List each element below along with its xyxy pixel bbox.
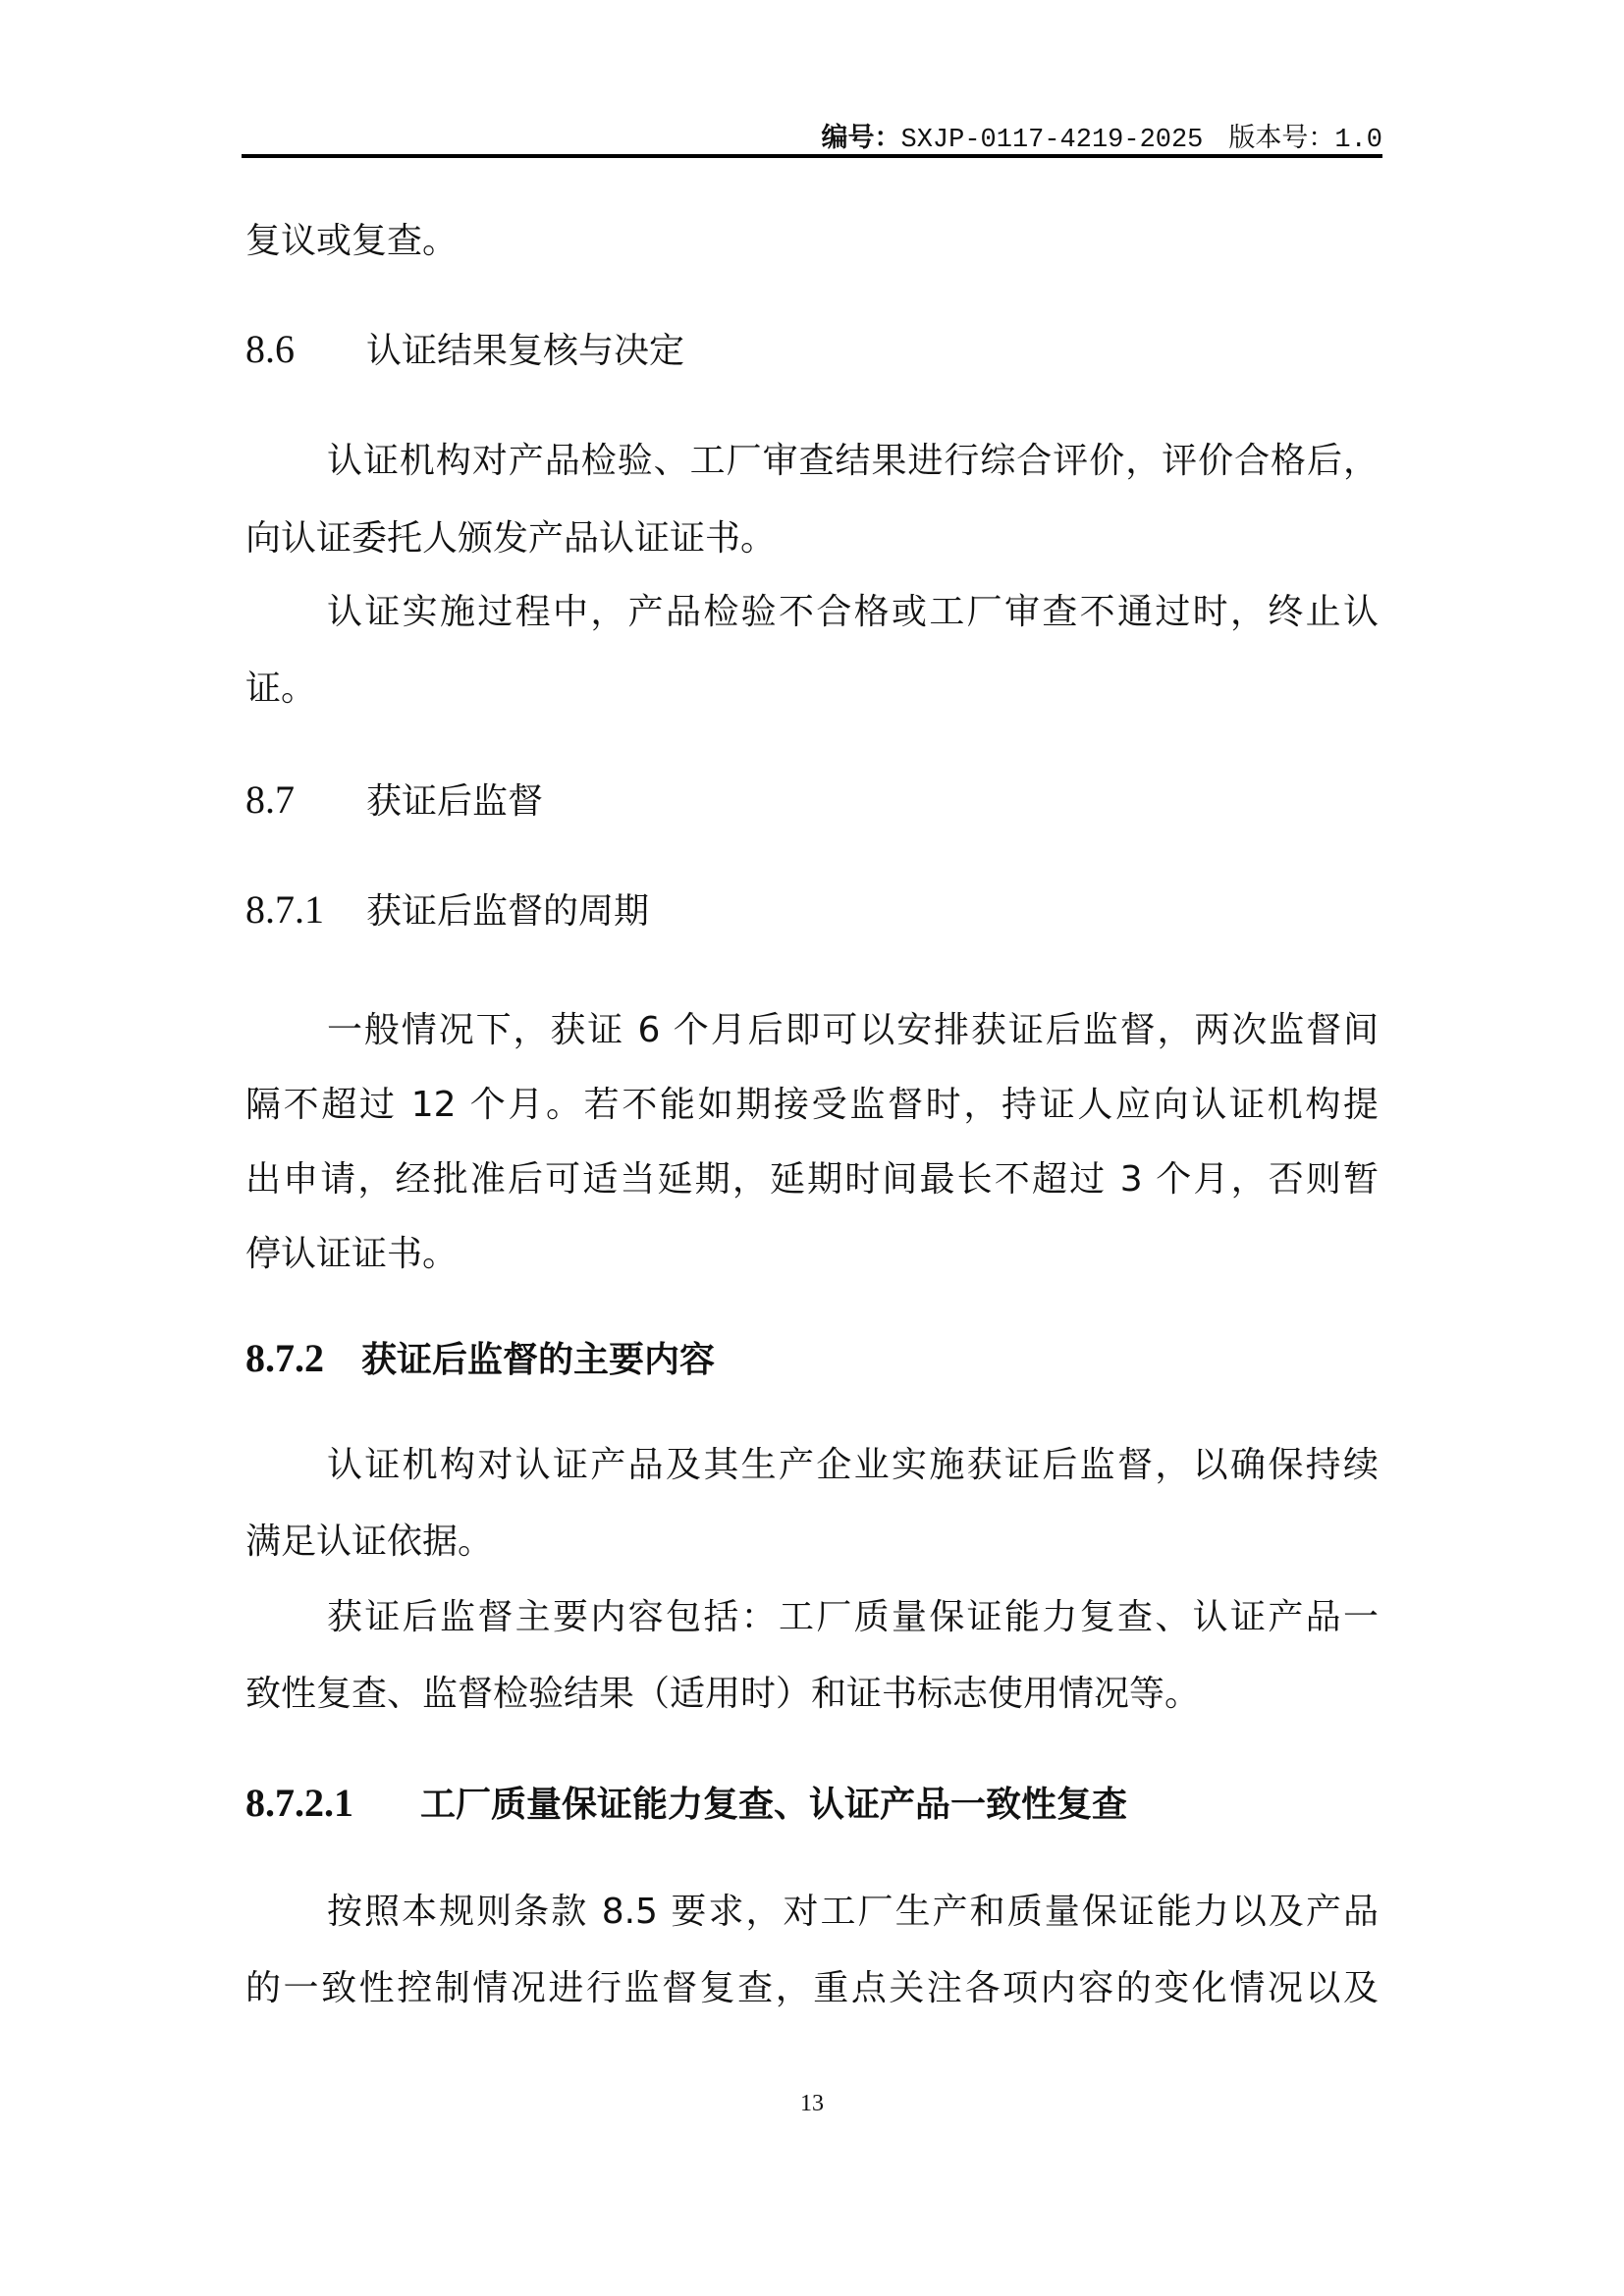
paragraph-line: 隔不超过 12 个月。若不能如期接受监督时，持证人应向认证机构提 [245, 1084, 1379, 1127]
paragraph-line: 认证实施过程中，产品检验不合格或工厂审查不通过时，终止认 [327, 591, 1379, 634]
heading-title: 获证后监督的周期 [366, 891, 649, 932]
heading-8-7-2: 8.7.2获证后监督的主要内容 [245, 1337, 1379, 1382]
heading-number: 8.7 [245, 778, 366, 822]
paragraph-line: 的一致性控制情况进行监督复查，重点关注各项内容的变化情况以及 [245, 1967, 1379, 2010]
carryover-text: 复议或复查。 [245, 220, 1379, 263]
paragraph-line: 一般情况下，获证 6 个月后即可以安排获证后监督，两次监督间 [327, 1009, 1379, 1052]
heading-number: 8.7.2 [245, 1337, 361, 1380]
doc-number: SXJP-0117-4219-2025 [901, 126, 1204, 155]
paragraph-line: 停认证证书。 [245, 1233, 1379, 1276]
heading-8-7-1: 8.7.1获证后监督的周期 [245, 888, 1379, 934]
paragraph-line: 致性复查、监督检验结果（适用时）和证书标志使用情况等。 [245, 1673, 1379, 1716]
paragraph-line: 证。 [245, 667, 1379, 711]
version-label: 版本号： [1228, 123, 1334, 153]
version-number: 1.0 [1334, 126, 1382, 155]
page-header: 编号：SXJP-0117-4219-2025版本号：1.0 [242, 116, 1382, 155]
heading-number: 8.6 [245, 328, 366, 371]
heading-8-6: 8.6认证结果复核与决定 [245, 328, 1379, 373]
heading-title: 认证结果复核与决定 [366, 331, 684, 371]
heading-title: 工厂质量保证能力复查、认证产品一致性复查 [420, 1785, 1127, 1825]
paragraph-line: 按照本规则条款 8.5 要求，对工厂生产和质量保证能力以及产品 [327, 1891, 1379, 1934]
paragraph-line: 向认证委托人颁发产品认证证书。 [245, 517, 1379, 561]
heading-8-7-2-1: 8.7.2.1工厂质量保证能力复查、认证产品一致性复查 [245, 1782, 1379, 1827]
paragraph-line: 获证后监督主要内容包括：工厂质量保证能力复查、认证产品一 [327, 1596, 1379, 1639]
paragraph-line: 认证机构对认证产品及其生产企业实施获证后监督，以确保持续 [327, 1444, 1379, 1487]
doc-number-label: 编号： [822, 123, 901, 153]
heading-number: 8.7.2.1 [245, 1782, 420, 1825]
heading-number: 8.7.1 [245, 888, 366, 932]
paragraph-line: 出申请，经批准后可适当延期，延期时间最长不超过 3 个月，否则暂 [245, 1158, 1379, 1201]
heading-8-7: 8.7获证后监督 [245, 778, 1379, 824]
heading-title: 获证后监督 [366, 781, 543, 822]
page-number: 13 [0, 2091, 1624, 2117]
heading-title: 获证后监督的主要内容 [361, 1340, 715, 1380]
header-divider [242, 154, 1382, 158]
paragraph-line: 认证机构对产品检验、工厂审查结果进行综合评价，评价合格后， [327, 440, 1379, 483]
paragraph-line: 满足认证依据。 [245, 1521, 1379, 1564]
